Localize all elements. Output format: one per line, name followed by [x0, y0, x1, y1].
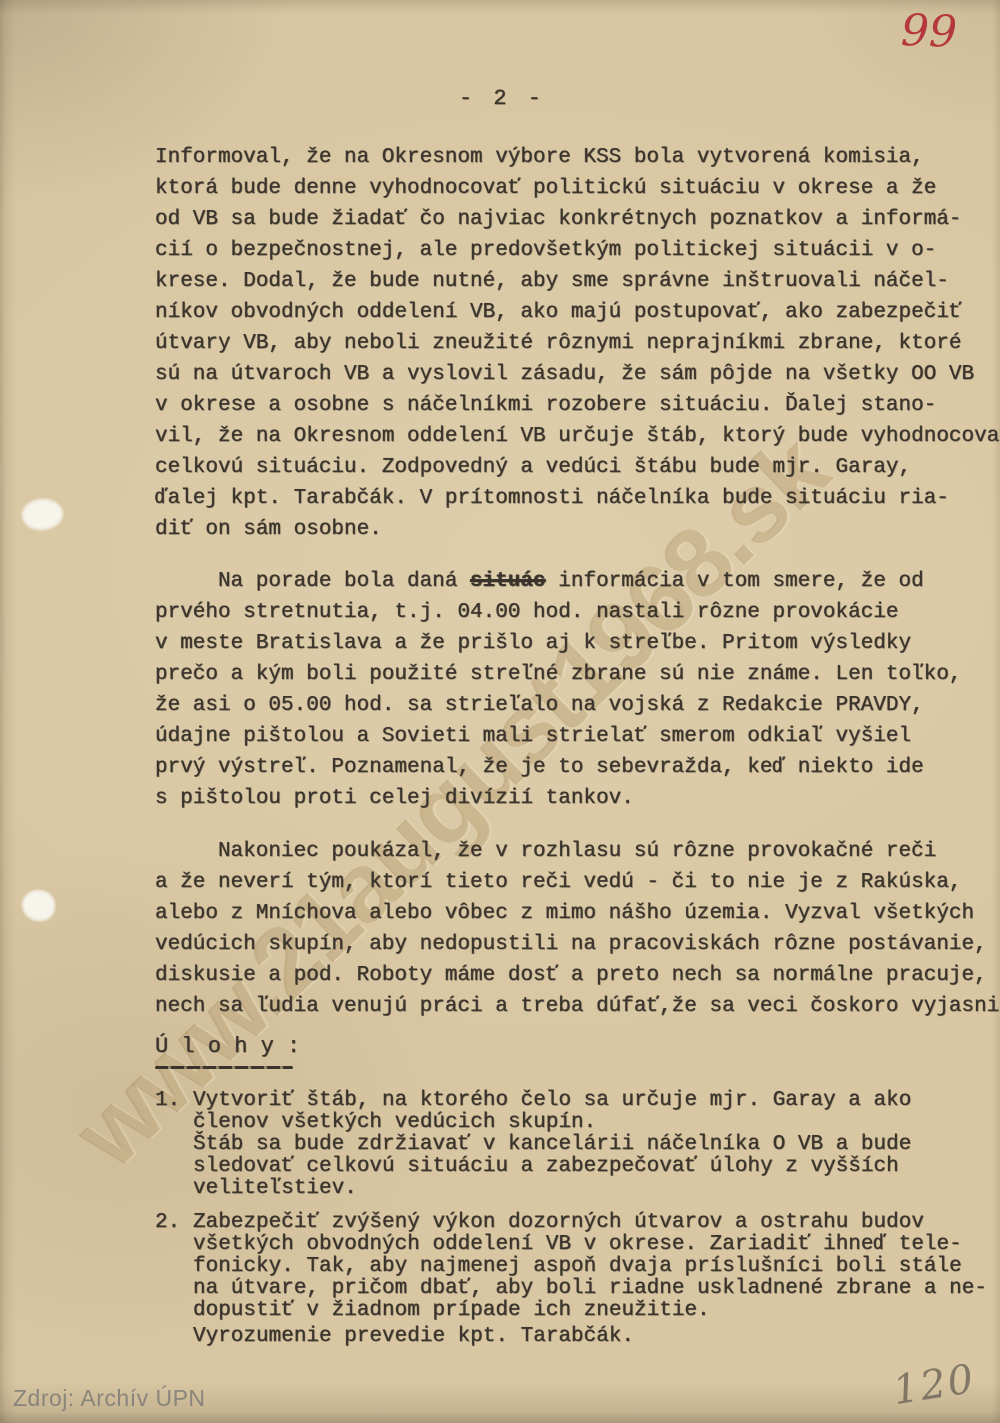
text-line: že asi o 05.00 hod. sa strieľalo na vojs…	[155, 690, 1000, 721]
task-text-1: Vytvoriť štáb, na ktorého čelo sa určuje…	[193, 1090, 1000, 1200]
text-line: krese. Dodal, že bude nutné, aby sme spr…	[155, 266, 1000, 297]
text-line: dopustiť v žiadnom prípade ich zneužitie…	[193, 1300, 1000, 1322]
text-line: alebo z Mníchova alebo vôbec z mimo nášh…	[155, 898, 1000, 929]
text-line: v okrese a osobne s náčelníkmi rozobere …	[155, 390, 1000, 421]
text-line: diť on sám osobne.	[155, 514, 1000, 545]
text-line: ďalej kpt. Tarabčák. V prítomnosti náčel…	[155, 483, 1000, 514]
text-line: v meste Bratislava a že prišlo aj k stre…	[155, 628, 1000, 659]
text-line: nech sa ľudia venujú práci a treba dúfať…	[155, 991, 1000, 1022]
document-scan: www.21august1968.sk - 2 - 99 Informoval,…	[0, 0, 1000, 1423]
text-line: všetkých obvodných oddelení VB v okrese.…	[193, 1234, 1000, 1256]
text-line: sú na útvaroch VB a vyslovil zásadu, že …	[155, 359, 1000, 390]
typed-content: - 2 - 99 Informoval, že na Okresnom výbo…	[0, 0, 1000, 1423]
text-line: Na porade bola daná situác informácia v …	[155, 566, 1000, 597]
task-item-1: 1. Vytvoriť štáb, na ktorého čelo sa urč…	[155, 1090, 1000, 1200]
text-line: diskusie a pod. Roboty máme dosť a preto…	[155, 960, 1000, 991]
text-line: sledovať celkovú situáciu a zabezpečovať…	[193, 1156, 1000, 1178]
text-line: s pištolou proti celej divízií tankov.	[155, 783, 1000, 814]
text-line: vedúcich skupín, aby nedopustili na prac…	[155, 929, 1000, 960]
text-line: Informoval, že na Okresnom výbore KSS bo…	[155, 142, 1000, 173]
task-text-2: Zabezpečiť zvýšený výkon dozorných útvar…	[193, 1212, 1000, 1322]
closing-line: Vyrozumenie prevedie kpt. Tarabčák.	[193, 1325, 634, 1348]
text-line: na útvare, pričom dbať, aby boli riadne …	[193, 1278, 1000, 1300]
paragraph-2: Na porade bola daná situác informácia v …	[155, 566, 1000, 814]
task-number-1: 1.	[155, 1090, 180, 1112]
text-line: prvého stretnutia, t.j. 04.00 hod. nasta…	[155, 597, 1000, 628]
text-line: cií o bezpečnostnej, ale predovšetkým po…	[155, 235, 1000, 266]
text-line: prvý výstreľ. Poznamenal, že je to sebev…	[155, 752, 1000, 783]
text-line: Štáb sa bude zdržiavať v kancelárii náče…	[193, 1134, 1000, 1156]
text-line: fonicky. Tak, aby najmenej aspoň dvaja p…	[193, 1256, 1000, 1278]
text-line: útvary VB, aby neboli zneužité rôznymi n…	[155, 328, 1000, 359]
text-line: členov všetkých vedúcich skupín.	[193, 1112, 1000, 1134]
pencil-page-number: 120	[890, 1356, 979, 1414]
text-line: prečo a kým boli použité streľné zbrane …	[155, 659, 1000, 690]
text-line: Vytvoriť štáb, na ktorého čelo sa určuje…	[193, 1090, 1000, 1112]
paragraph-1: Informoval, že na Okresnom výbore KSS bo…	[155, 142, 1000, 545]
text-line: údajne pištolou a Sovieti mali strielať …	[155, 721, 1000, 752]
text-line: Nakoniec poukázal, že v rozhlasu sú rôzn…	[155, 836, 1000, 867]
task-item-2: 2. Zabezpečiť zvýšený výkon dozorných út…	[155, 1212, 1000, 1322]
page-number: - 2 -	[459, 86, 545, 111]
text-line: veliteľstiev.	[193, 1178, 1000, 1200]
tasks-heading-underline	[155, 1066, 293, 1069]
text-line: ktorá bude denne vyhodnocovať politickú …	[155, 173, 1000, 204]
source-credit: Zdroj: Archív ÚPN	[13, 1385, 206, 1412]
struck-out-word: situác	[470, 570, 546, 593]
text-line: od VB sa bude žiadať čo najviac konkrétn…	[155, 204, 1000, 235]
tasks-heading: Ú l o h y :	[155, 1034, 300, 1059]
text-line: celkovú situáciu. Zodpovedný a vedúci št…	[155, 452, 1000, 483]
text-line: Zabezpečiť zvýšený výkon dozorných útvar…	[193, 1212, 1000, 1234]
text-line: vil, že na Okresnom oddelení VB určuje š…	[155, 421, 1000, 452]
archive-page-number-red: 99	[900, 5, 958, 58]
paragraph-3: Nakoniec poukázal, že v rozhlasu sú rôzn…	[155, 836, 1000, 1022]
text-line: a že neverí tým, ktorí tieto reči vedú -…	[155, 867, 1000, 898]
task-number-2: 2.	[155, 1212, 180, 1234]
text-line: níkov obvodných oddelení VB, ako majú po…	[155, 297, 1000, 328]
